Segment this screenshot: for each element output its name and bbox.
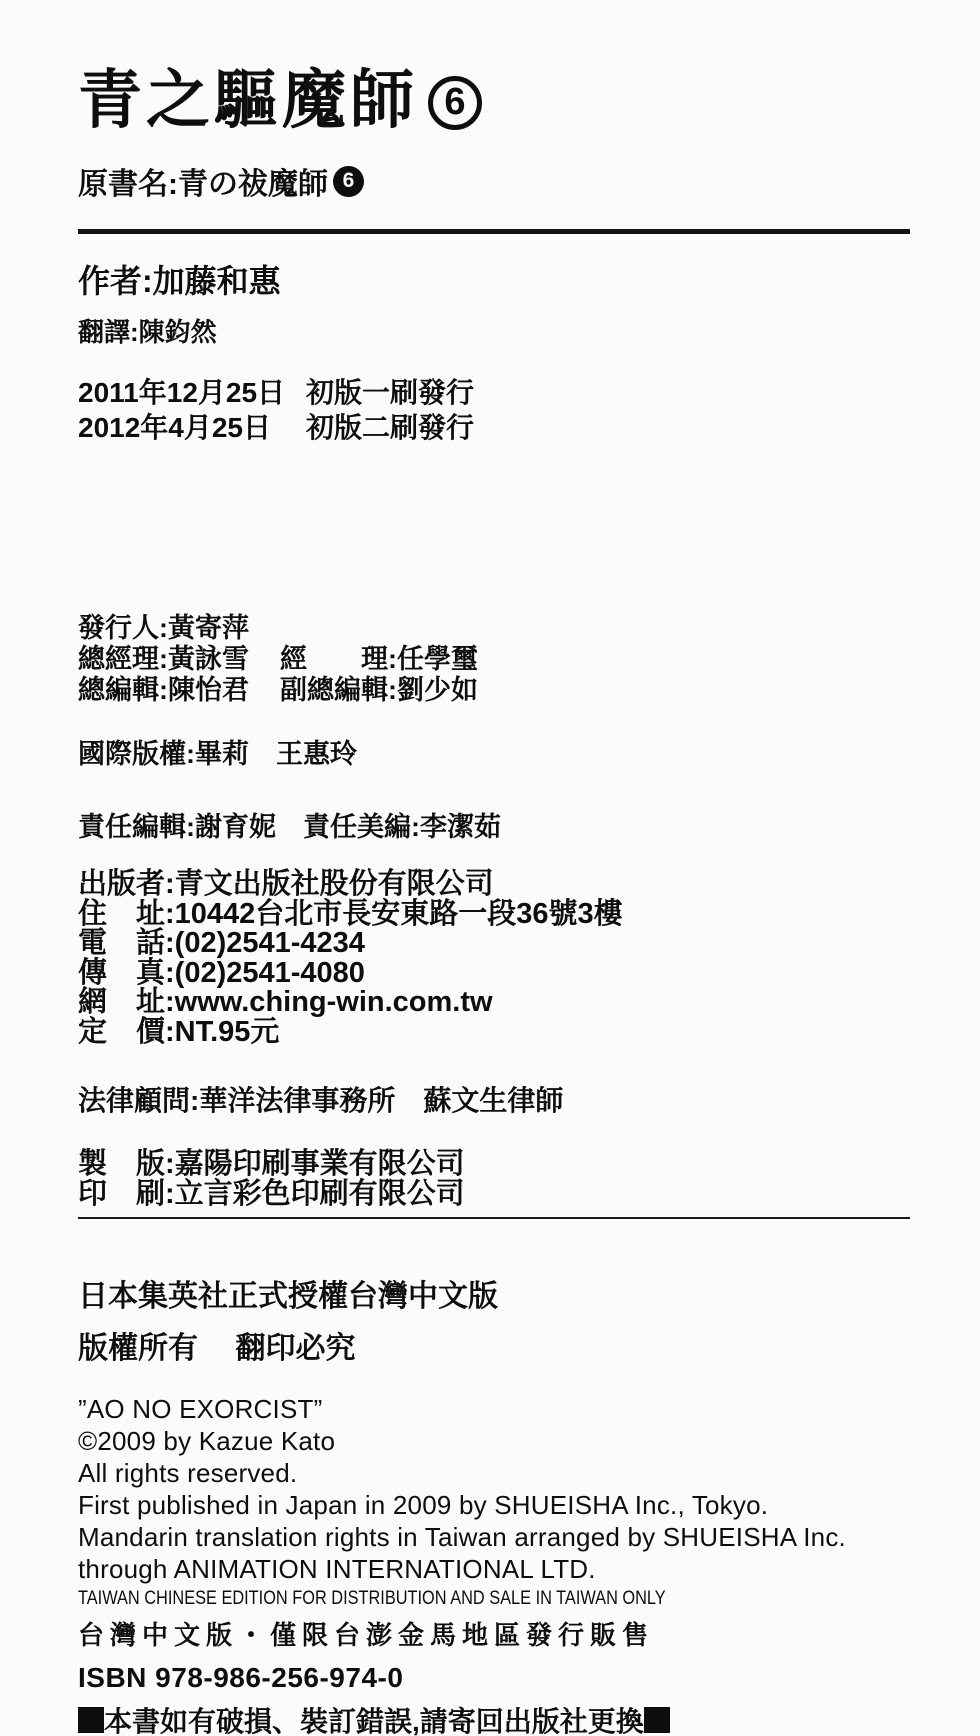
translator-line: 翻譯:陳鈞然 <box>78 312 910 349</box>
printing-row: 印 刷:立言彩色印刷有限公司 <box>78 1179 910 1209</box>
en-mandarin-rights-line: Mandarin translation rights in Taiwan ar… <box>78 1521 910 1553</box>
series-title: 青之驅魔師 6 <box>78 0 910 135</box>
publisher-block: 出版者:青文出版社股份有限公司 住 址:10442台北市長安東路一段36號3樓 … <box>78 870 910 1047</box>
staff-editor-in-chief: 總編輯:陳怡君 <box>78 675 280 706</box>
print-run-date: 2012年4月25日 <box>78 410 306 445</box>
volume-badge-filled: 6 <box>333 166 364 197</box>
staff-deputy-editor: 副總編輯:劉少如 <box>280 675 478 706</box>
print-run-list: 2011年12月25日 初版一刷發行 2012年4月25日 初版二刷發行 <box>78 375 910 445</box>
print-run-note: 初版二刷發行 <box>306 410 474 445</box>
staff-row: 總編輯:陳怡君 副總編輯:劉少如 <box>78 675 910 706</box>
responsible-editors-line: 責任編輯:謝育妮 責任美編:李潔茹 <box>78 805 910 844</box>
staff-manager: 經 理:任學璽 <box>280 644 478 675</box>
production-block: 製 版:嘉陽印刷事業有限公司 印 刷:立言彩色印刷有限公司 <box>78 1149 910 1209</box>
rights-reserved-line: 版權所有 翻印必究 <box>78 1323 910 1367</box>
print-run-note: 初版一刷發行 <box>306 375 474 410</box>
damage-notice-text: 本書如有破損、裝訂錯誤,請寄回出版社更換 <box>104 1700 644 1736</box>
divider-thin <box>78 1217 910 1219</box>
international-rights-line: 國際版權:畢莉 王惠玲 <box>78 732 910 771</box>
original-title-line: 原書名:青の祓魔師 6 <box>78 159 910 203</box>
volume-badge-outline: 6 <box>428 76 482 130</box>
english-copyright-block: ”AO NO EXORCIST” ©2009 by Kazue Kato All… <box>78 1393 910 1585</box>
print-run-row: 2012年4月25日 初版二刷發行 <box>78 410 910 445</box>
legal-advisor-line: 法律顧問:華洋法律事務所 蘇文生律師 <box>78 1079 910 1119</box>
en-copyright-line: ©2009 by Kazue Kato <box>78 1425 910 1457</box>
author-line: 作者:加藤和惠 <box>78 256 910 302</box>
en-title-line: ”AO NO EXORCIST” <box>78 1393 910 1425</box>
plate-making-row: 製 版:嘉陽印刷事業有限公司 <box>78 1149 910 1179</box>
staff-row: 總經理:黃詠雪 經 理:任學璽 <box>78 644 910 675</box>
black-square-icon <box>644 1707 670 1733</box>
print-run-row: 2011年12月25日 初版一刷發行 <box>78 375 910 410</box>
staff-row: 發行人:黃寄萍 <box>78 613 910 644</box>
divider-thick <box>78 229 910 234</box>
en-rights-line: All rights reserved. <box>78 1457 910 1489</box>
taiwan-distribution-en-line: TAIWAN CHINESE EDITION FOR DISTRIBUTION … <box>78 1588 794 1610</box>
publisher-name-row: 出版者:青文出版社股份有限公司 <box>78 870 910 900</box>
series-title-text: 青之驅魔師 <box>78 66 418 135</box>
publisher-price-row: 定 價:NT.95元 <box>78 1018 910 1048</box>
taiwan-distribution-zh-line: 台灣中文版・僅限台澎金馬地區發行販售 <box>78 1615 910 1652</box>
en-first-published-line: First published in Japan in 2009 by SHUE… <box>78 1489 910 1521</box>
staff-publisher-person: 發行人:黃寄萍 <box>78 613 280 644</box>
publisher-phone-row: 電 話:(02)2541-4234 <box>78 929 910 959</box>
isbn-line: ISBN 978-986-256-974-0 <box>78 1662 910 1694</box>
en-through-line: through ANIMATION INTERNATIONAL LTD. <box>78 1553 910 1585</box>
publisher-website-row: 網 址:www.ching-win.com.tw <box>78 988 910 1018</box>
publisher-address-row: 住 址:10442台北市長安東路一段36號3樓 <box>78 900 910 930</box>
staff-block: 發行人:黃寄萍 總經理:黃詠雪 經 理:任學璽 總編輯:陳怡君 副總編輯:劉少如 <box>78 613 910 706</box>
license-authorization-line: 日本集英社正式授權台灣中文版 <box>78 1271 910 1315</box>
black-square-icon <box>78 1707 104 1733</box>
staff-general-manager: 總經理:黃詠雪 <box>78 644 280 675</box>
print-run-date: 2011年12月25日 <box>78 375 306 410</box>
original-title-text: 原書名:青の祓魔師 <box>78 159 328 203</box>
colophon-page: 青之驅魔師 6 原書名:青の祓魔師 6 作者:加藤和惠 翻譯:陳鈞然 2011年… <box>0 0 980 1736</box>
damage-notice-line: 本書如有破損、裝訂錯誤,請寄回出版社更換 <box>78 1700 910 1736</box>
publisher-fax-row: 傳 真:(02)2541-4080 <box>78 959 910 989</box>
